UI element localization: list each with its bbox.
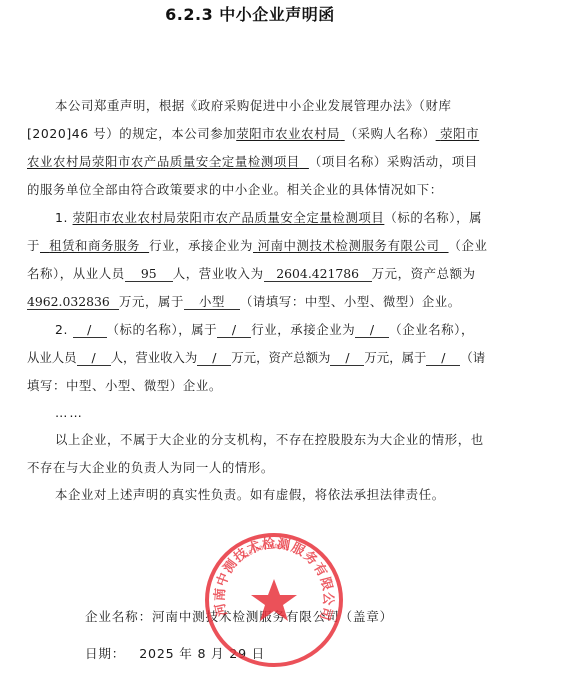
item2-line3: 填写：中型、小型、微型）企业。 <box>27 378 497 394</box>
para1-text: （项目名称）采购活动，项目 <box>309 154 478 169</box>
item2-company-blank: / <box>355 323 389 338</box>
item2-line2: 从业人员/人，营业收入为/万元，资产总额为/万元，属于/（请 <box>27 350 497 366</box>
para3: 本企业对上述声明的真实性负责。如有虚假，将依法承担法律责任。 <box>55 487 497 503</box>
para1-line3: 农业农村局荥阳市农产品质量安全定量检测项目 （项目名称）采购活动，项目 <box>27 154 497 170</box>
signature-company: 企业名称：河南中测技术检测服务有限公司（盖章） <box>85 606 393 625</box>
item1-text: （企业 <box>449 238 488 253</box>
para1-line2: [2020]46 号）的规定，本公司参加荥阳市农业农村局 （采购人名称） 荥阳市 <box>27 126 497 142</box>
revenue: 2604.421786 <box>264 267 372 282</box>
assets: 4962.032836 <box>27 295 119 310</box>
para1-line4: 的服务单位全部由符合政策要求的中小企业。相关企业的具体情况如下： <box>27 182 497 198</box>
item1-text: 人，营业收入为 <box>173 266 264 281</box>
item1-line3: 名称），从业人员95人，营业收入为2604.421786万元，资产总额为 <box>27 266 497 282</box>
item1-text: 名称），从业人员 <box>27 266 125 281</box>
para1-line1: 本公司郑重声明，根据《政府采购促进中小企业发展管理办法》（财库 <box>55 98 497 114</box>
item2-employees-blank: / <box>77 351 111 366</box>
page-title: 6.2.3 中小企业声明函 <box>0 2 500 25</box>
para1-text: [2020]46 号）的规定，本公司参加 <box>27 126 236 141</box>
item1-line4: 4962.032836万元，属于小型（请填写：中型、小型、微型）企业。 <box>27 294 497 310</box>
signature-date: 日期：2025 年 8 月 29 日 <box>85 643 265 662</box>
item2-text: （企业名称）， <box>389 322 474 337</box>
item2-text: 人，营业收入为 <box>111 350 198 365</box>
item1-text: （标的名称），属 <box>384 210 482 225</box>
svg-text:4101000100064: 4101000100064 <box>241 543 290 561</box>
enterprise-size: 小型 <box>184 295 240 310</box>
item1-text: 于 <box>27 238 40 253</box>
item2-text: 行业，承接企业为 <box>251 322 355 337</box>
project-name-part2: 农业农村局荥阳市农产品质量安全定量检测项目 <box>27 154 300 169</box>
project-name-part1: 荥阳市 <box>440 126 479 141</box>
industry: 租赁和商务服务 <box>49 238 140 253</box>
para2-line1: 以上企业，不属于大企业的分支机构，不存在控股股东为大企业的情形，也 <box>55 432 497 448</box>
item1-number: 1. <box>55 210 73 225</box>
para2-line2: 不存在与大企业的负责人为同一人的情形。 <box>27 460 497 476</box>
company-name: 河南中测技术检测服务有限公司 <box>258 238 440 253</box>
item2-text: 万元，属于 <box>364 350 426 365</box>
company-label: 企业名称： <box>85 609 152 624</box>
item2-industry-blank: / <box>217 323 251 338</box>
item1-text: 行业，承接企业为 <box>149 238 253 253</box>
item2-size-blank: / <box>426 351 460 366</box>
date-label: 日期： <box>85 646 125 661</box>
item2-text: 万元，资产总额为 <box>231 350 330 365</box>
employees: 95 <box>125 267 173 282</box>
item2-text: （请 <box>460 350 485 365</box>
item2-text: （标的名称），属于 <box>107 322 218 337</box>
item2-line1: 2. /（标的名称），属于/行业，承接企业为/（企业名称）， <box>55 322 497 338</box>
ellipsis: …… <box>55 405 497 421</box>
item1-text: 万元，属于 <box>119 294 184 309</box>
company-signature: 河南中测技术检测服务有限公司（盖章） <box>152 609 393 624</box>
item1-text: 万元，资产总额为 <box>372 266 476 281</box>
item2-assets-blank: / <box>330 351 364 366</box>
item1-text: （请填写：中型、小型、微型）企业。 <box>240 294 461 309</box>
lot-name: 荥阳市农业农村局荥阳市农产品质量安全定量检测项目 <box>73 210 385 225</box>
para1-text: （采购人名称） <box>345 126 436 141</box>
item2-revenue-blank: / <box>197 351 231 366</box>
purchaser-name: 荥阳市农业农村局 <box>236 126 340 141</box>
item1-line1: 1. 荥阳市农业农村局荥阳市农产品质量安全定量检测项目（标的名称），属 <box>55 210 497 226</box>
item2-number: 2. <box>55 322 73 337</box>
item1-line2: 于 租赁和商务服务 行业，承接企业为 河南中测技术检测服务有限公司 （企业 <box>27 238 497 254</box>
date-value: 2025 年 8 月 29 日 <box>139 646 265 661</box>
item2-text: 从业人员 <box>27 350 77 365</box>
item2-lot-blank: / <box>73 323 107 338</box>
